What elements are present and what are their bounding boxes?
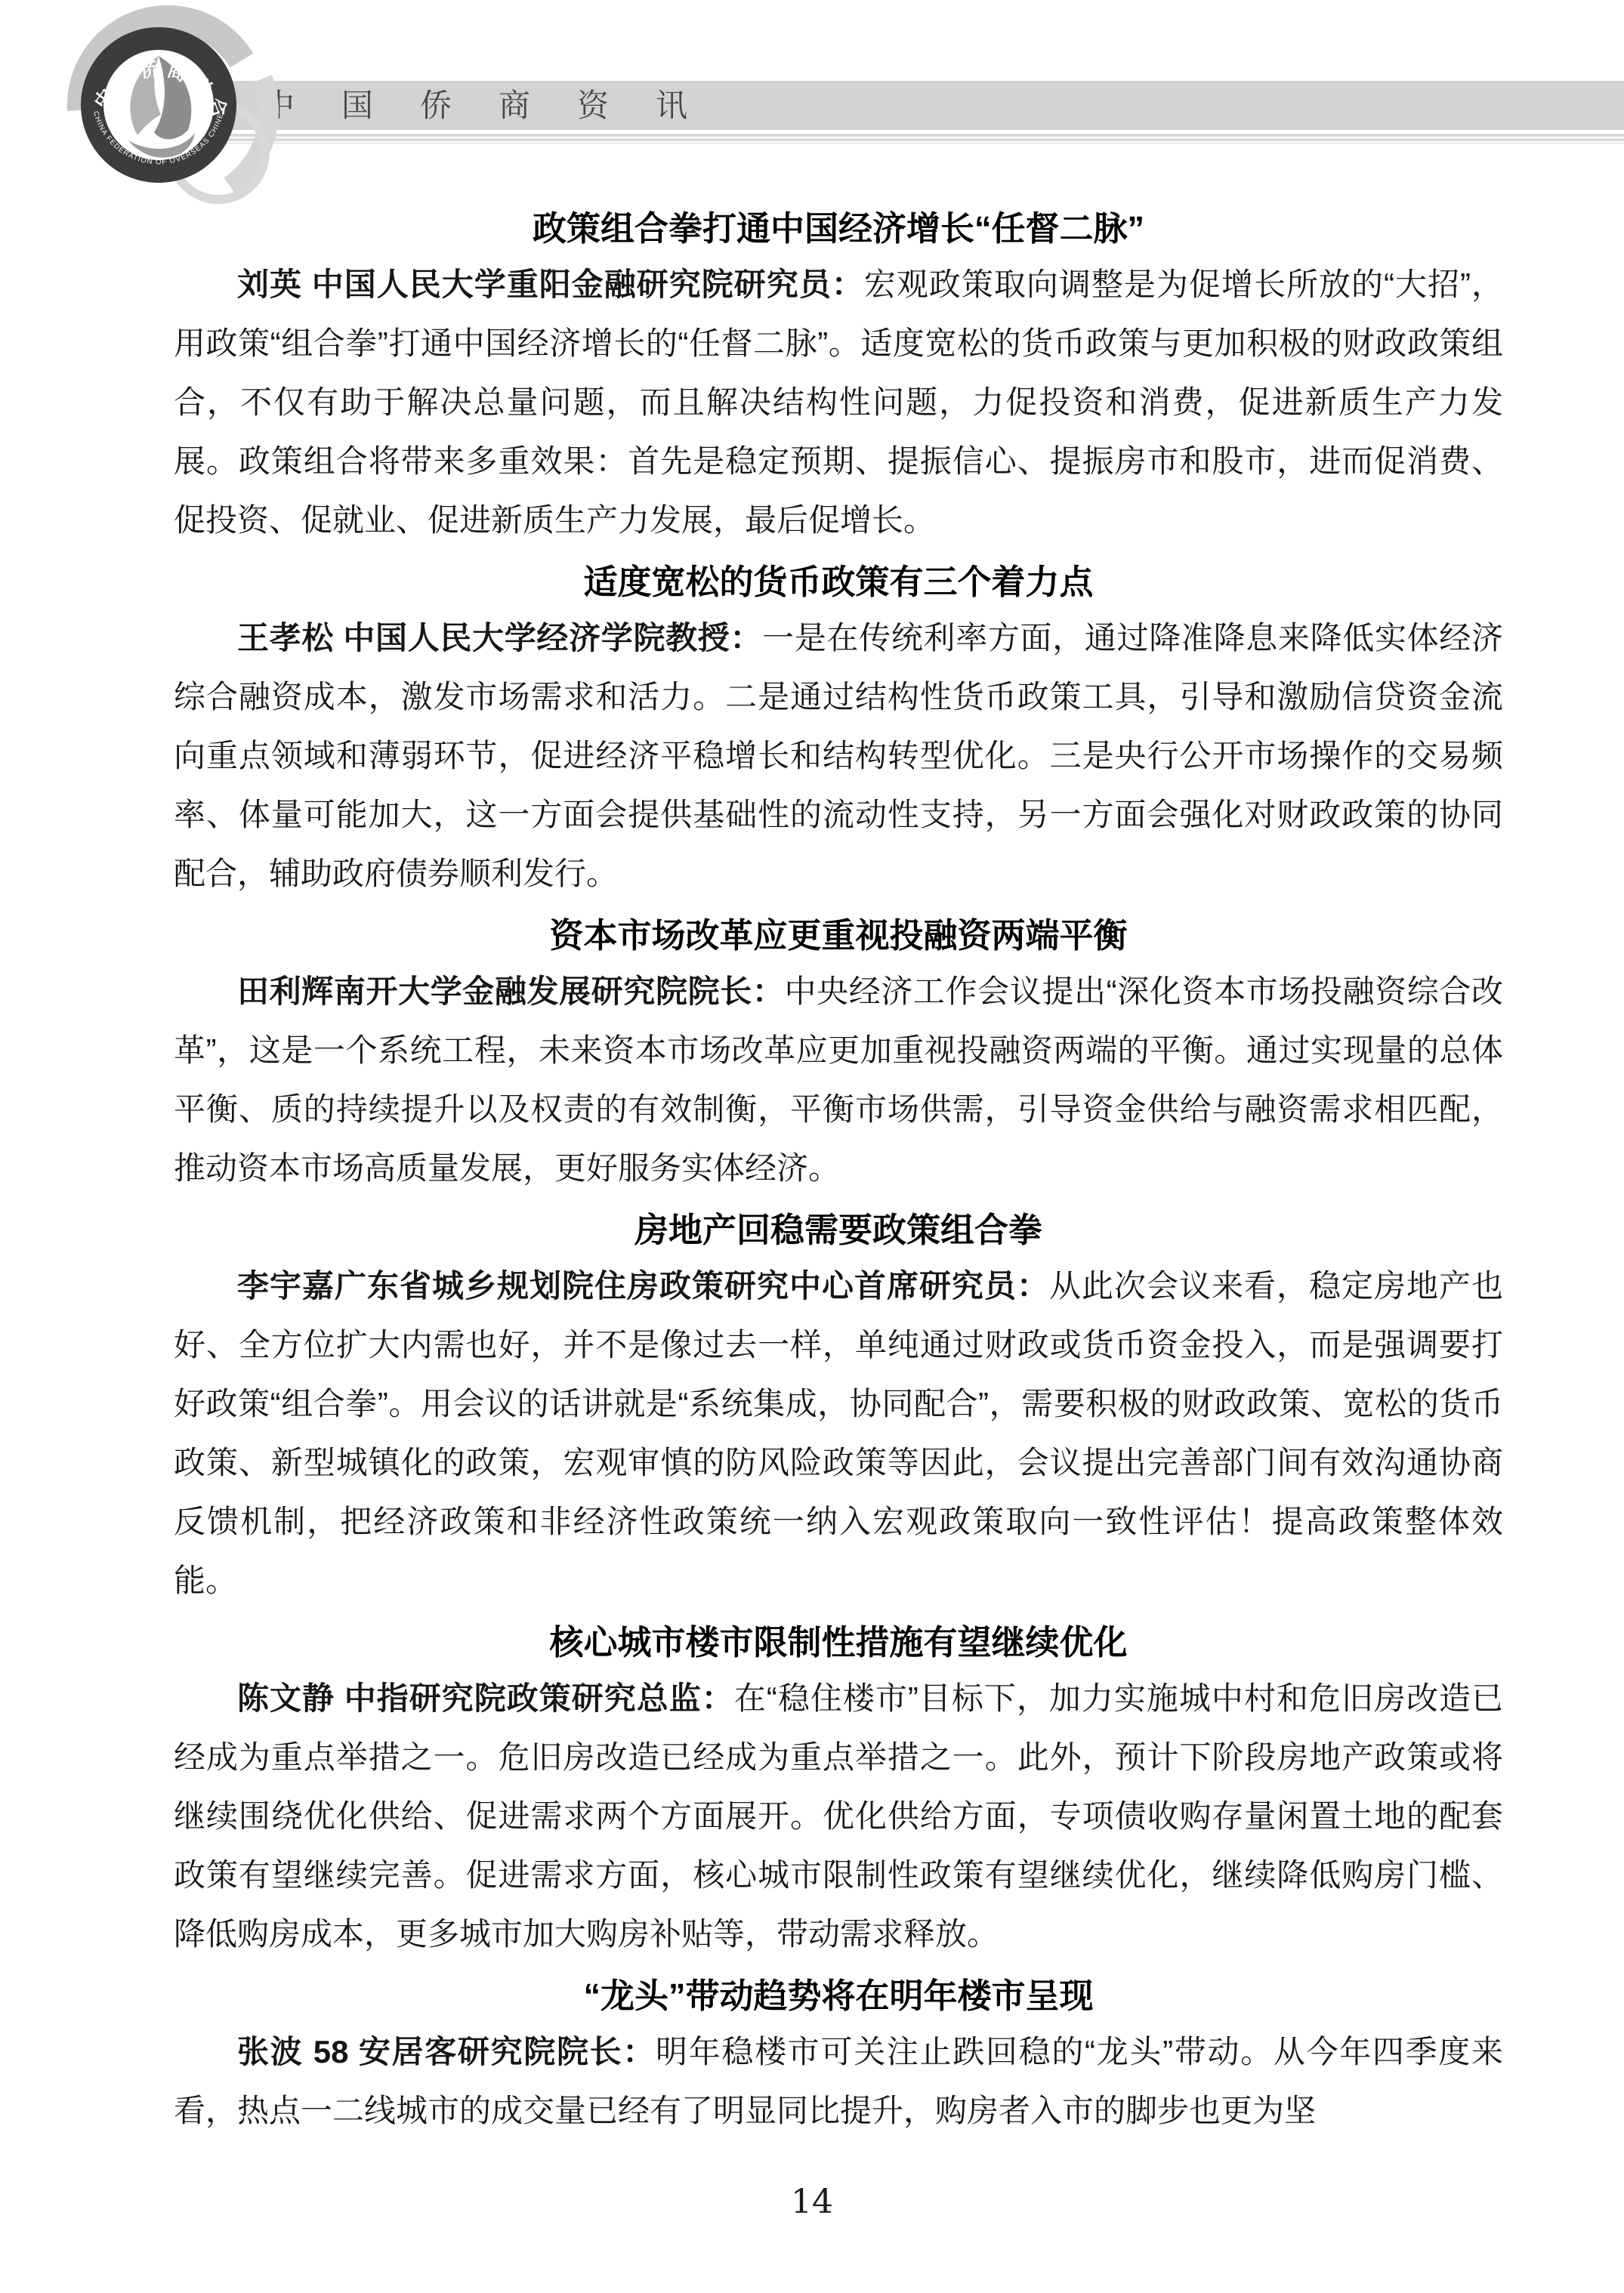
section-1-paragraph: 刘英 中国人民大学重阳金融研究院研究员：宏观政策取向调整是为促增长所放的“大招”… (174, 255, 1503, 550)
section-5-heading: 核心城市楼市限制性措施有望继续优化 (174, 1619, 1503, 1666)
section-5-text: 在“稳住楼市”目标下，加力实施城中村和危旧房改造已经成为重点举措之一。危旧房改造… (174, 1680, 1503, 1952)
header-stripes (202, 134, 1624, 144)
article-section-6: “龙头”带动趋势将在明年楼市呈现 张波 58 安居客研究院院长：明年稳楼市可关注… (174, 1973, 1503, 2140)
section-6-paragraph: 张波 58 安居客研究院院长：明年稳楼市可关注止跌回稳的“龙头”带动。从今年四季… (174, 2023, 1503, 2140)
page-root: { "header": { "band_title": "中国侨商资讯", "l… (0, 0, 1624, 2293)
article-section-2: 适度宽松的货币政策有三个着力点 王孝松 中国人民大学经济学院教授：一是在传统利率… (174, 559, 1503, 903)
section-2-speaker: 王孝松 中国人民大学经济学院教授： (237, 620, 762, 656)
section-2-heading: 适度宽松的货币政策有三个着力点 (174, 559, 1503, 606)
section-1-heading: 政策组合拳打通中国经济增长“任督二脉” (174, 205, 1503, 252)
section-1-speaker: 刘英 中国人民大学重阳金融研究院研究员： (237, 267, 864, 302)
section-3-speaker: 田利辉南开大学金融发展研究院院长： (237, 974, 784, 1009)
section-2-paragraph: 王孝松 中国人民大学经济学院教授：一是在传统利率方面，通过降准降息来降低实体经济… (174, 609, 1503, 903)
article-section-5: 核心城市楼市限制性措施有望继续优化 陈文静 中指研究院政策研究总监：在“稳住楼市… (174, 1619, 1503, 1964)
section-2-text: 一是在传统利率方面，通过降准降息来降低实体经济综合融资成本，激发市场需求和活力。… (174, 620, 1503, 891)
section-4-text: 从此次会议来看，稳定房地产也好、全方位扩大内需也好，并不是像过去一样，单纯通过财… (174, 1268, 1503, 1598)
section-3-heading: 资本市场改革应更重视投融资两端平衡 (174, 912, 1503, 959)
section-1-text: 宏观政策取向调整是为促增长所放的“大招”，用政策“组合拳”打通中国经济增长的“任… (174, 267, 1503, 538)
page-number: 14 (0, 2183, 1624, 2221)
section-3-paragraph: 田利辉南开大学金融发展研究院院长：中央经济工作会议提出“深化资本市场投融资综合改… (174, 962, 1503, 1198)
section-4-paragraph: 李宇嘉广东省城乡规划院住房政策研究中心首席研究员：从此次会议来看，稳定房地产也好… (174, 1257, 1503, 1610)
section-6-heading: “龙头”带动趋势将在明年楼市呈现 (174, 1973, 1503, 2020)
article: 政策组合拳打通中国经济增长“任督二脉” 刘英 中国人民大学重阳金融研究院研究员：… (174, 196, 1503, 2140)
article-section-3: 资本市场改革应更重视投融资两端平衡 田利辉南开大学金融发展研究院院长：中央经济工… (174, 912, 1503, 1198)
cfoce-logo-icon: 中国侨商联合会 CHINA FEDERATION OF OVERSEAS CHI… (39, 5, 300, 207)
section-4-speaker: 李宇嘉广东省城乡规划院住房政策研究中心首席研究员： (237, 1268, 1049, 1304)
section-5-speaker: 陈文静 中指研究院政策研究总监： (237, 1680, 734, 1716)
section-6-speaker: 张波 58 安居客研究院院长： (237, 2034, 656, 2069)
article-section-4: 房地产回稳需要政策组合拳 李宇嘉广东省城乡规划院住房政策研究中心首席研究员：从此… (174, 1207, 1503, 1610)
section-4-heading: 房地产回稳需要政策组合拳 (174, 1207, 1503, 1254)
header-band-title: 中国侨商资讯 (263, 89, 734, 122)
header-band: 中国侨商资讯 (202, 81, 1624, 130)
section-5-paragraph: 陈文静 中指研究院政策研究总监：在“稳住楼市”目标下，加力实施城中村和危旧房改造… (174, 1669, 1503, 1964)
article-section-1: 政策组合拳打通中国经济增长“任督二脉” 刘英 中国人民大学重阳金融研究院研究员：… (174, 205, 1503, 550)
